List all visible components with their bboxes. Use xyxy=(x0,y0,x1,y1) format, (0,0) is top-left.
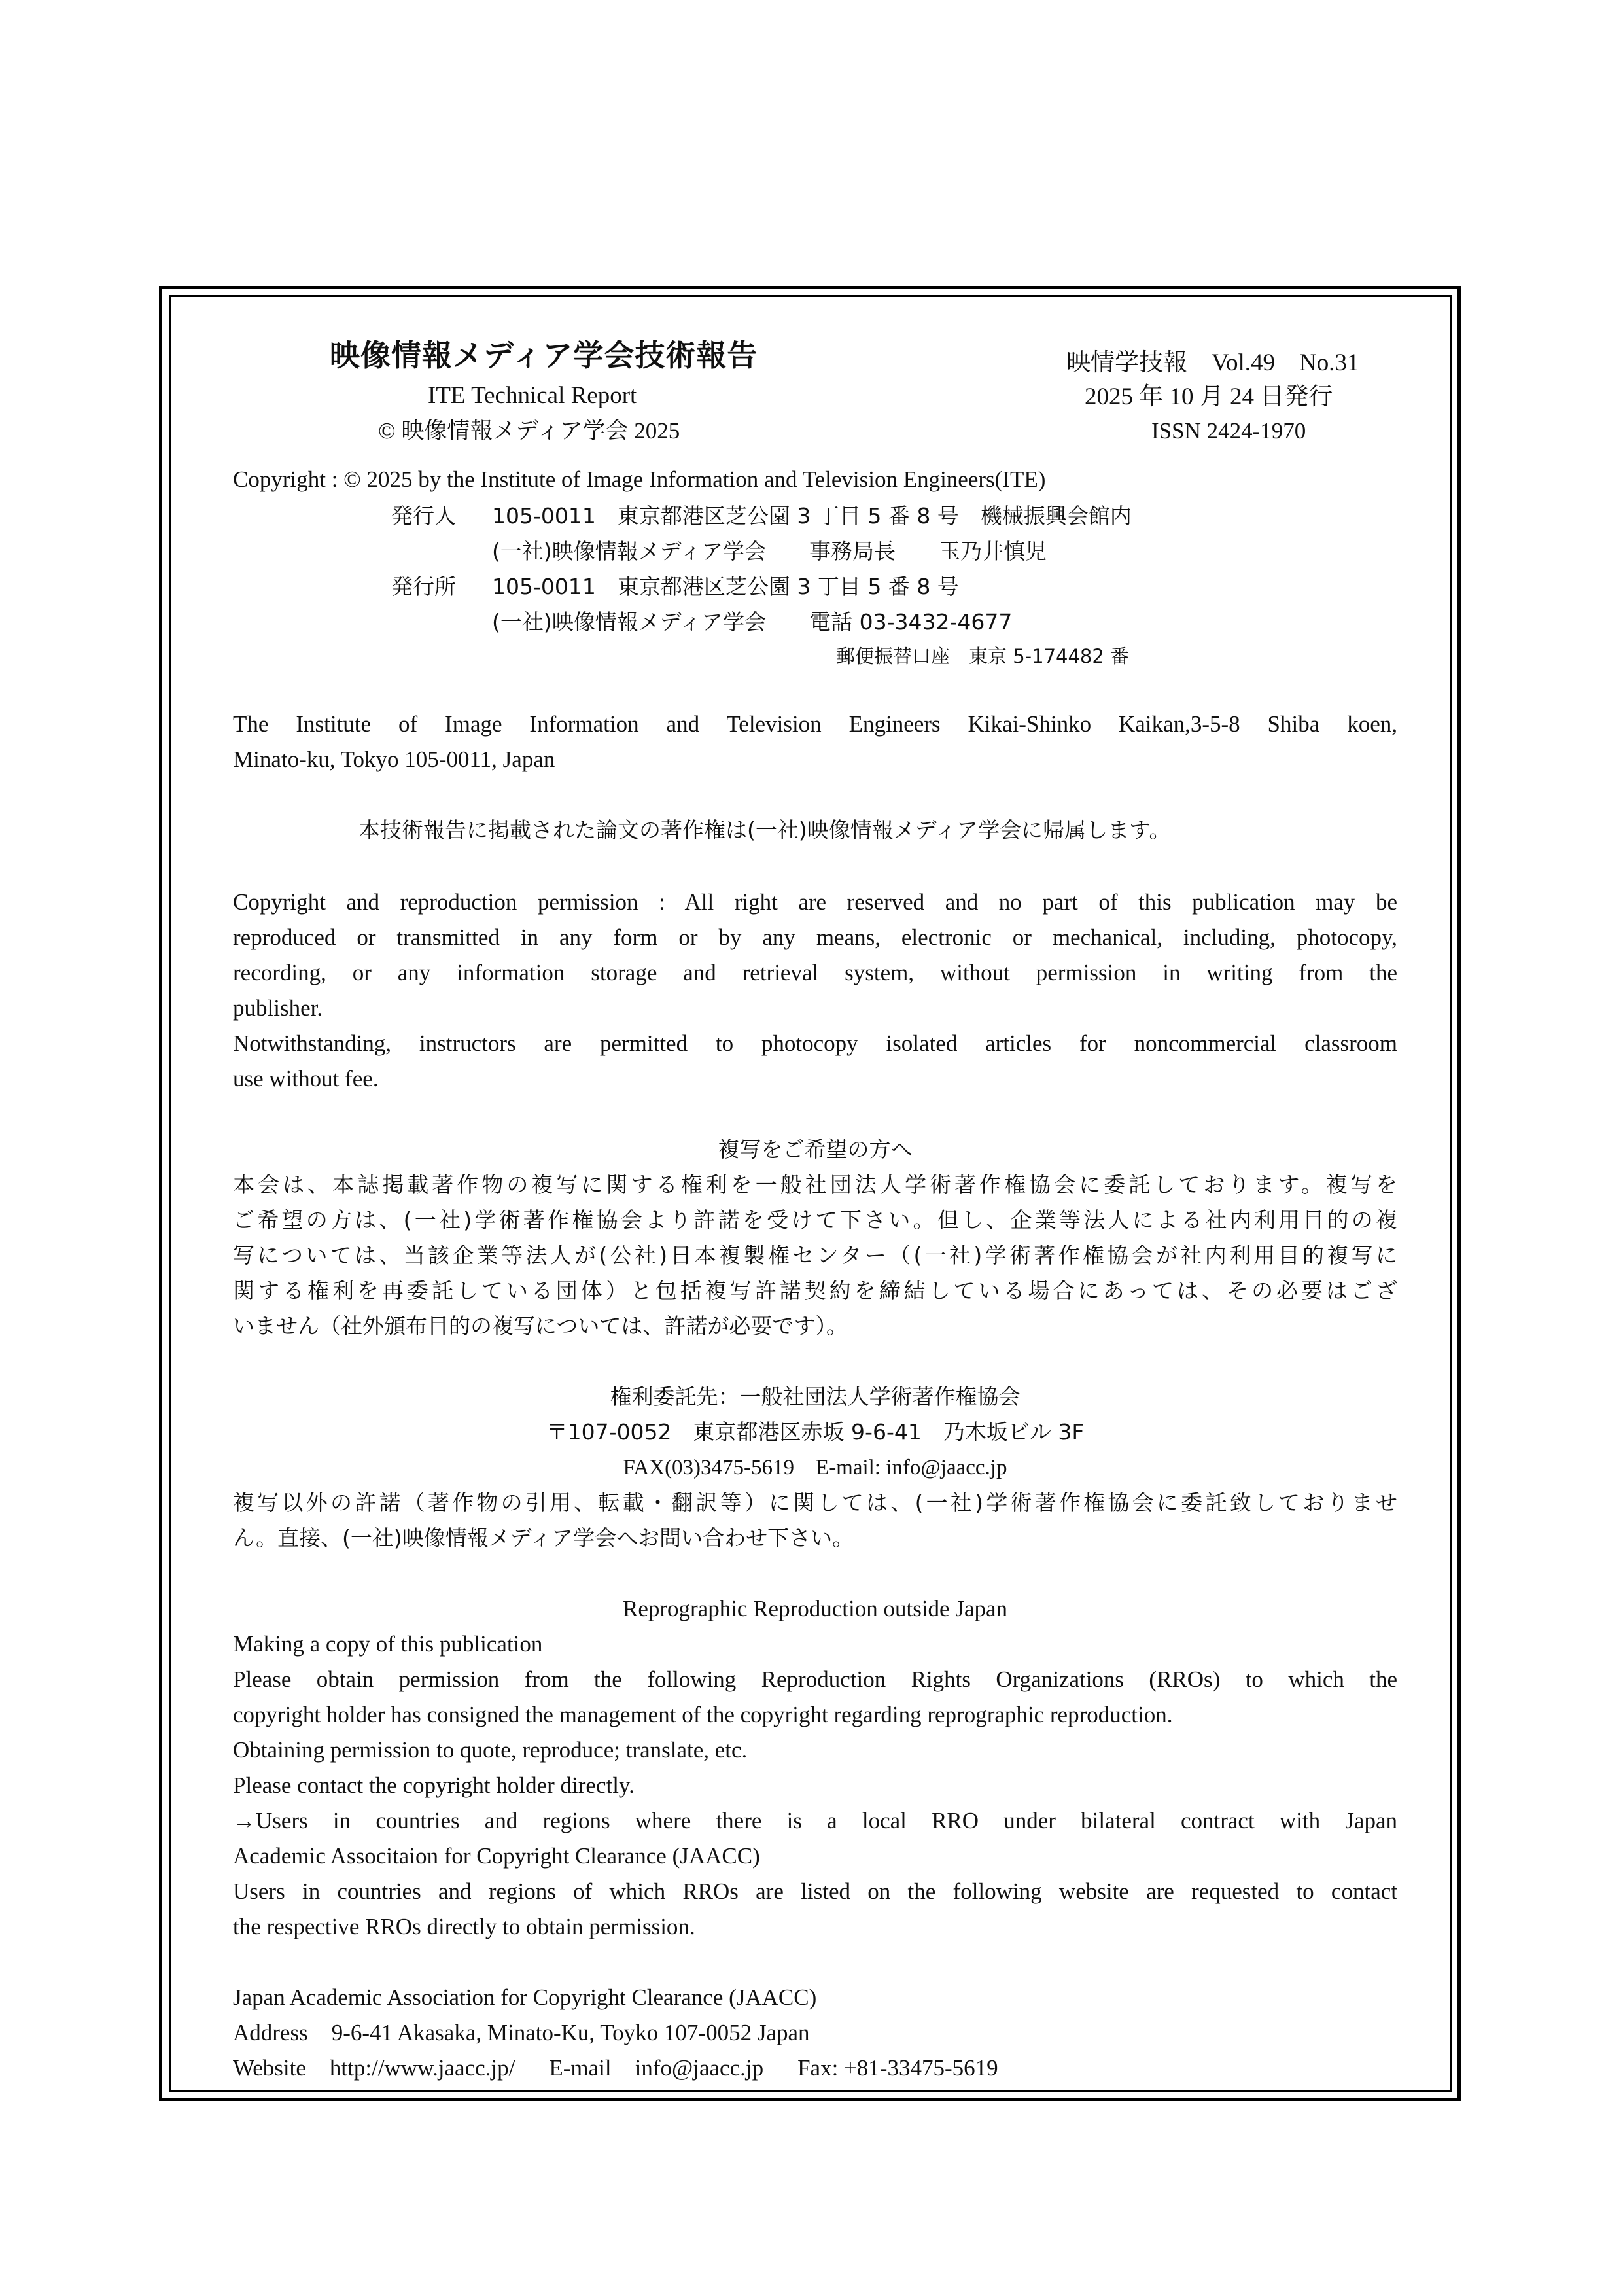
copyright-notice-jp: 本技術報告に掲載された論文の著作権は(一社)映像情報メディア学会に帰属します。 xyxy=(358,813,1170,848)
copy-request-line: いません（社外頒布目的の複写については、許諾が必要です）。 xyxy=(233,1309,848,1344)
copy-request-line: ご希望の方は、(一社)学術著作権協会より許諾を受けて下さい。但し、企業等法人によ… xyxy=(233,1203,1397,1238)
jaacc-address: 9-6-41 Akasaka, Minato-Ku, Toyko 107-005… xyxy=(332,2020,810,2045)
permission-line: publisher. xyxy=(233,991,323,1026)
issuer-label: 発行人 xyxy=(391,499,456,534)
office-address: 105-0011 東京都港区芝公園 3 丁目 5 番 8 号 xyxy=(492,569,959,605)
issue-date: 2025 年 10 月 24 日発行 xyxy=(1085,380,1333,415)
permission-line: recording, or any information storage an… xyxy=(233,955,1397,991)
email-link[interactable]: info@jaacc.jp xyxy=(635,2055,763,2081)
permission-line: use without fee. xyxy=(233,1061,379,1097)
outside-japan-line: the respective RROs directly to obtain p… xyxy=(233,1909,695,1945)
outside-japan-line: Making a copy of this publication xyxy=(233,1627,542,1662)
report-copyright-jp: © 映像情報メディア学会 2025 xyxy=(378,414,680,449)
copyright-line: Copyright : © 2025 by the Institute of I… xyxy=(233,462,1045,497)
jaacc-contact-row: Websitehttp://www.jaacc.jp/E-mailinfo@ja… xyxy=(233,2051,998,2086)
copy-request-line: 関する権利を再委託している団体）と包括複写許諾契約を締結している場合にあっては、… xyxy=(233,1273,1397,1309)
issn: ISSN 2424-1970 xyxy=(1151,414,1306,449)
copy-request-heading: 複写をご希望の方へ xyxy=(233,1132,1397,1167)
outside-japan-line: →Users in countries and regions where th… xyxy=(233,1803,1397,1839)
report-title-jp: 映像情報メディア学会技術報告 xyxy=(330,338,758,373)
outside-japan-line: Please contact the copyright holder dire… xyxy=(233,1768,635,1803)
issuer-org: (一社)映像情報メディア学会 事務局長 玉乃井慎児 xyxy=(492,534,1047,569)
permission-line: reproduced or transmitted in any form or… xyxy=(233,920,1397,955)
other-permission-line: 複写以外の許諾（著作物の引用、転載・翻訳等）に関しては、(一社)学術著作権協会に… xyxy=(233,1485,1397,1521)
issuer-address: 105-0011 東京都港区芝公園 3 丁目 5 番 8 号 機械振興会館内 xyxy=(492,499,1132,534)
english-address-line1: The Institute of Image Information and T… xyxy=(233,707,1397,742)
address-label: Address xyxy=(233,2020,308,2045)
other-permission-line: ん。直接、(一社)映像情報メディア学会へお問い合わせ下さい。 xyxy=(233,1521,854,1556)
fax-number: Fax: +81-33475-5619 xyxy=(797,2055,998,2081)
postal-transfer-account: 郵便振替口座 東京 5-174482 番 xyxy=(836,639,1129,674)
copy-request-line: 写については、当該企業等法人が(公社)日本複製権センター（(一社)学術著作権協会… xyxy=(233,1238,1397,1273)
permission-line: Copyright and reproduction permission : … xyxy=(233,885,1397,920)
trustee-contact: FAX(03)3475-5619 E-mail: info@jaacc.jp xyxy=(233,1450,1397,1485)
jaacc-address-row: Address9-6-41 Akasaka, Minato-Ku, Toyko … xyxy=(233,2015,810,2051)
office-label: 発行所 xyxy=(391,569,456,605)
outside-japan-line: Academic Associtaion for Copyright Clear… xyxy=(233,1839,760,1874)
email-label: E-mail xyxy=(549,2055,611,2081)
trustee-name: 権利委託先：一般社団法人学術著作権協会 xyxy=(233,1379,1397,1415)
outside-japan-line: Please obtain permission from the follow… xyxy=(233,1662,1397,1697)
outside-japan-line: copyright holder has consigned the manag… xyxy=(233,1697,1172,1733)
jaacc-name: Japan Academic Association for Copyright… xyxy=(233,1980,816,2015)
english-address-line2: Minato-ku, Tokyo 105-0011, Japan xyxy=(233,742,555,777)
permission-line: Notwithstanding, instructors are permitt… xyxy=(233,1026,1397,1061)
outside-japan-line: Users in countries and regions of which … xyxy=(233,1874,1397,1909)
journal-reference: 映情学技報 Vol.49 No.31 xyxy=(1066,345,1359,381)
office-org: (一社)映像情報メディア学会 電話 03-3432-4677 xyxy=(492,605,1012,640)
outside-japan-heading: Reprographic Reproduction outside Japan xyxy=(233,1591,1397,1627)
report-title-en: ITE Technical Report xyxy=(428,378,637,414)
website-link[interactable]: http://www.jaacc.jp/ xyxy=(330,2055,515,2081)
outside-japan-line: Obtaining permission to quote, reproduce… xyxy=(233,1733,747,1768)
copy-request-line: 本会は、本誌掲載著作物の複写に関する権利を一般社団法人学術著作権協会に委託してお… xyxy=(233,1167,1397,1203)
trustee-address: 〒107-0052 東京都港区赤坂 9-6-41 乃木坂ビル 3F xyxy=(233,1415,1397,1450)
website-label: Website xyxy=(233,2055,306,2081)
